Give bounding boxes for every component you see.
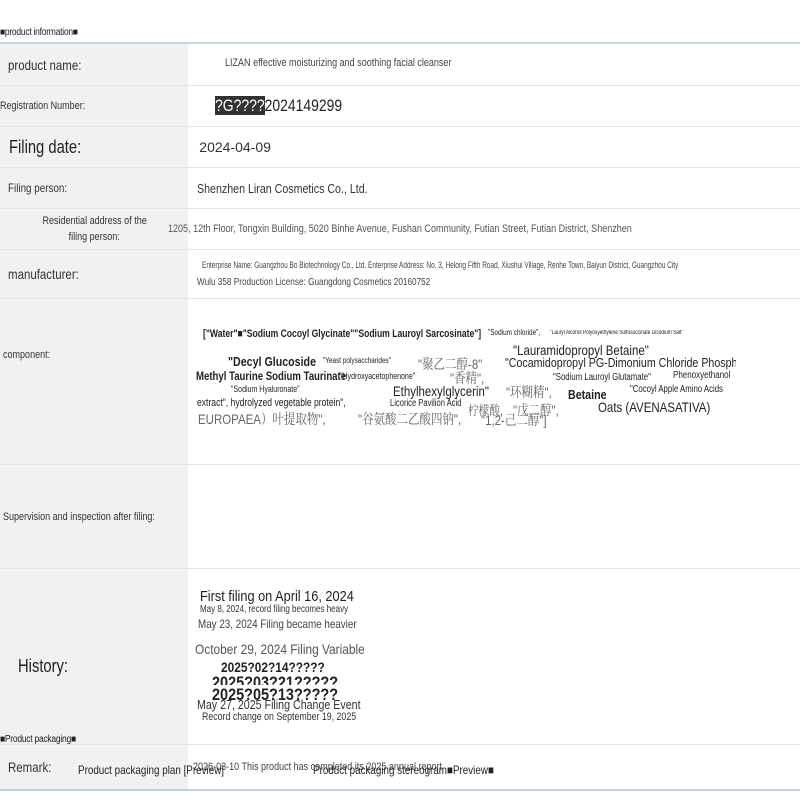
ingredient-item: Phenoxyethanol — [673, 370, 730, 381]
history-event: October 29, 2024 Filing Variable — [195, 641, 365, 657]
history-events: First filing on April 16, 2024May 8, 202… — [188, 579, 736, 734]
filing-date-value: 2024-04-09 — [199, 139, 271, 155]
history-event: First filing on April 16, 2024 — [200, 588, 354, 605]
ingredient-item: Licorice Pavilion Acid — [390, 398, 461, 409]
address-label-line2: filing person: — [69, 229, 120, 245]
product-information-heading: ■product information■ — [0, 27, 78, 38]
packaging-stereogram-preview-link[interactable]: Product packaging stereogram■Preview■ — [313, 763, 534, 777]
row-filing-date: Filing date: 2024-04-09 — [0, 127, 800, 168]
filing-person-label: Filing person: — [8, 181, 67, 195]
history-event: May 8, 2024, record filing becomes heavy — [200, 604, 348, 615]
address-value: 1205, 12th Floor, Tongxin Building, 5020… — [168, 223, 632, 235]
ingredient-item: Oats (AVENASATIVA) — [598, 399, 710, 415]
registration-number-label: Registration Number: — [0, 100, 85, 112]
ingredient-item: "1,2-己二醇"] — [481, 410, 547, 430]
product-name-value: LIZAN effective moisturizing and soothin… — [225, 57, 451, 69]
ingredient-item: Methyl Taurine Sodium Taurinate — [196, 369, 346, 383]
manufacturer-label: manufacturer: — [8, 266, 79, 282]
ingredient-item: extract", hydrolyzed vegetable protein", — [197, 397, 346, 409]
ingredient-item: EUROPAEA）叶提取物", — [198, 409, 326, 429]
component-label: component: — [3, 349, 50, 361]
packaging-plan-preview-link[interactable]: Product packaging plan [Preview] — [78, 763, 256, 777]
product-info-table: product name: Registration Number: ?G???… — [0, 42, 800, 791]
row-component: component: ["Water"■"Sodium Cocoyl Glyci… — [0, 299, 800, 465]
ingredient-item: "Lauryl Alcohol Polyoxyethylene Sulfosuc… — [550, 330, 683, 336]
registration-number-prefix: ?G???? — [215, 96, 265, 115]
row-supervision: Supervision and inspection after filing: — [0, 465, 800, 569]
product-name-label: product name: — [8, 57, 81, 73]
ingredient-item: "环糊精", — [506, 382, 552, 402]
ingredient-item: "Cocamidopropyl PG-Dimonium Chloride Pho… — [505, 355, 736, 370]
supervision-label: Supervision and inspection after filing: — [3, 511, 155, 523]
ingredient-item: "Sodium Hyaluronate" — [231, 384, 300, 394]
manufacturer-line1: Enterprise Name: Guangzhou Bo Biotechnol… — [202, 257, 678, 274]
address-label-line1: Residential address of the — [42, 213, 146, 229]
history-label: History: — [18, 656, 68, 677]
history-event: May 27, 2025 Filing Change Event — [197, 697, 361, 712]
history-event: May 23, 2024 Filing became heavier — [198, 617, 357, 631]
row-filing-person: Filing person: Shenzhen Liran Cosmetics … — [0, 168, 800, 209]
row-history: History: First filing on April 16, 2024M… — [0, 569, 800, 745]
component-ingredients: ["Water"■"Sodium Cocoyl Glycinate""Sodiu… — [188, 324, 736, 439]
ingredient-item: "Hydroxyacetophenone" — [340, 371, 415, 381]
ingredient-item: "Sodium chloride", — [488, 328, 540, 337]
product-packaging-heading: ■Product packaging■ — [0, 734, 76, 745]
filing-person-value: Shenzhen Liran Cosmetics Co., Ltd. — [197, 181, 368, 196]
ingredient-item: "Sodium Lauroyl Glutamate" — [553, 372, 651, 383]
filing-date-label: Filing date: — [9, 137, 81, 158]
ingredient-item: "Cocoyl Apple Amino Acids — [630, 384, 723, 395]
ingredient-item: "Yeast polysaccharides" — [323, 356, 391, 365]
ingredient-item: "Decyl Glucoside — [228, 354, 316, 369]
history-event: Record change on September 19, 2025 — [202, 711, 356, 723]
ingredient-item: Ethylhexylglycerin" — [393, 383, 489, 399]
row-residential-address: Residential address of the filing person… — [0, 209, 800, 250]
row-registration-number: Registration Number: ?G????2024149299 — [0, 86, 800, 127]
ingredient-item: "谷氨酸二乙酸四钠", — [358, 409, 461, 429]
manufacturer-line2: Wulu 358 Production License: Guangdong C… — [197, 274, 430, 291]
registration-number-value: 2024149299 — [265, 96, 343, 115]
ingredient-item: ["Water"■"Sodium Cocoyl Glycinate""Sodiu… — [203, 328, 481, 340]
row-manufacturer: manufacturer: Enterprise Name: Guangzhou… — [0, 250, 800, 299]
remark-label: Remark: — [8, 759, 51, 775]
